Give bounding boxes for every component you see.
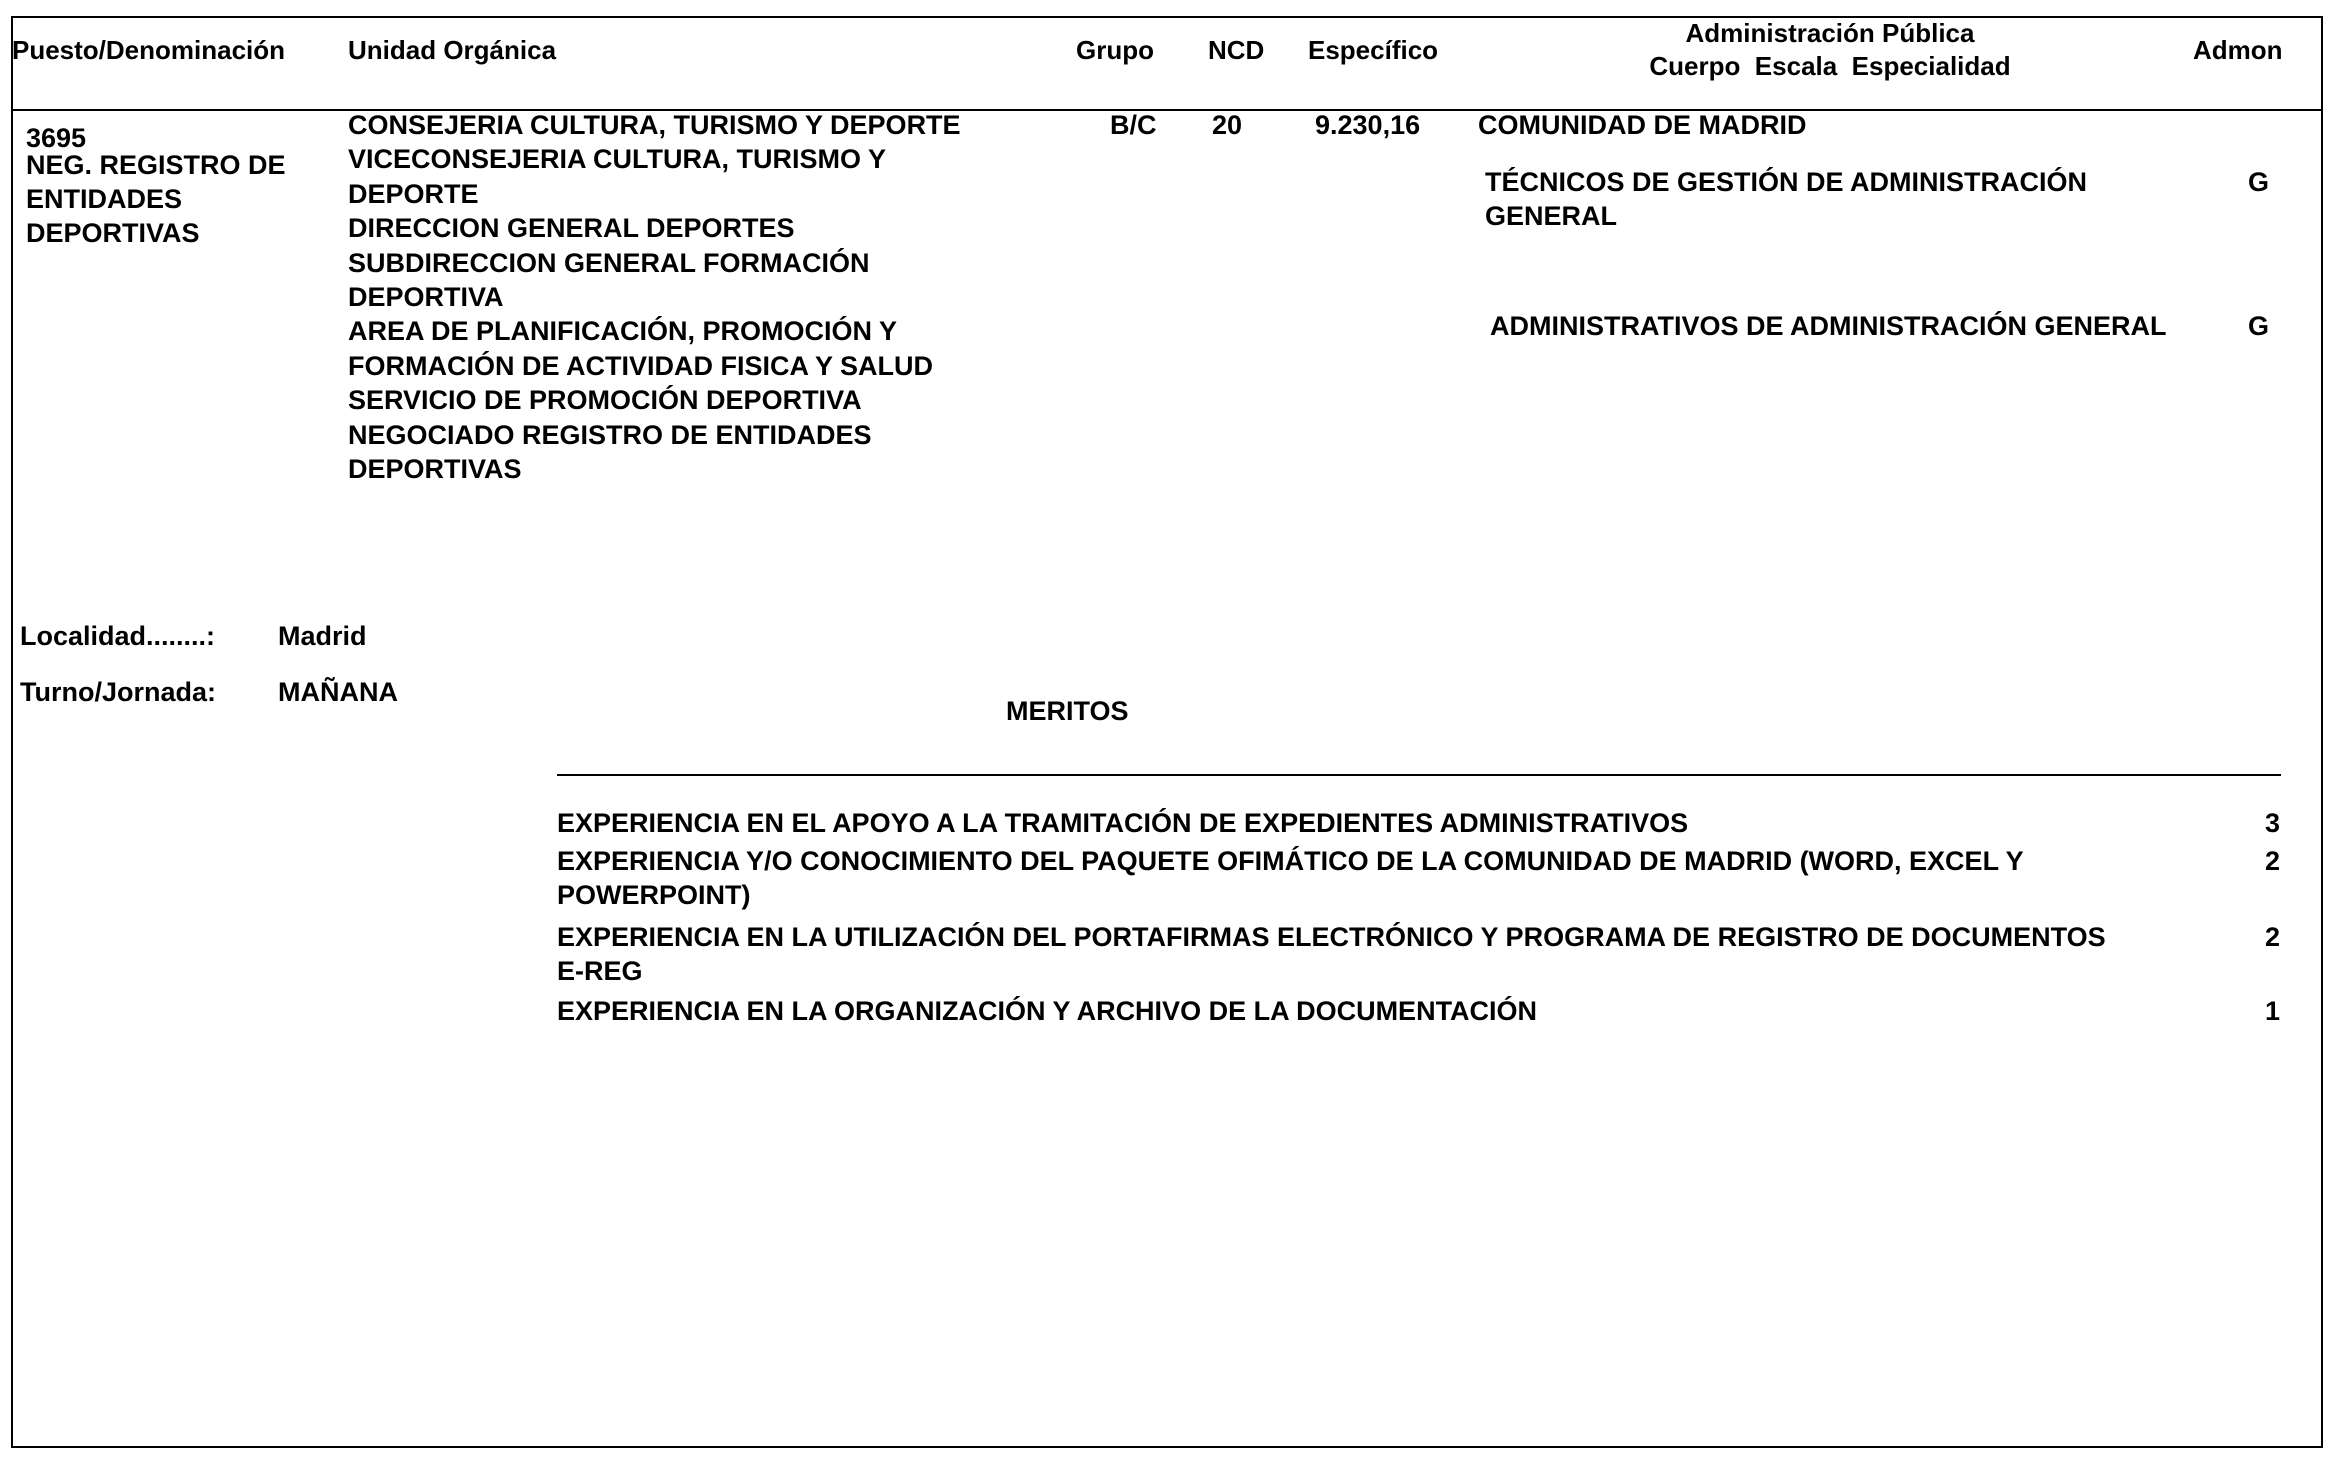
merito-text: EXPERIENCIA EN EL APOYO A LA TRAMITACIÓN… <box>557 806 2117 840</box>
localidad-label: Localidad........: <box>20 619 215 653</box>
merito-points: 2 <box>2240 844 2280 878</box>
unidad-organica-line: VICECONSEJERIA CULTURA, TURISMO Y <box>348 142 886 176</box>
header-especifico: Específico <box>1308 34 1438 66</box>
organismo: COMUNIDAD DE MADRID <box>1478 108 1806 142</box>
puesto-denominacion-3: DEPORTIVAS <box>26 216 200 250</box>
unidad-organica-line: SERVICIO DE PROMOCIÓN DEPORTIVA <box>348 383 862 417</box>
meritos-title: MERITOS <box>1006 694 1129 728</box>
merito-points: 1 <box>2240 994 2280 1028</box>
merito-points: 3 <box>2240 806 2280 840</box>
header-ncd: NCD <box>1208 34 1264 66</box>
unidad-organica-line: DEPORTIVA <box>348 280 504 314</box>
unidad-organica-line: AREA DE PLANIFICACIÓN, PROMOCIÓN Y <box>348 314 897 348</box>
especifico-value: 9.230,16 <box>1315 108 1420 142</box>
merito-text: EXPERIENCIA Y/O CONOCIMIENTO DEL PAQUETE… <box>557 844 2117 912</box>
ncd-value: 20 <box>1212 108 1242 142</box>
merito-text: EXPERIENCIA EN LA UTILIZACIÓN DEL PORTAF… <box>557 920 2117 988</box>
unidad-organica-line: DEPORTE <box>348 177 479 211</box>
unidad-organica-line: DEPORTIVAS <box>348 452 522 486</box>
grupo-value: B/C <box>1110 108 1157 142</box>
puesto-denominacion-1: NEG. REGISTRO DE <box>26 148 286 182</box>
meritos-divider <box>557 774 2281 776</box>
unidad-organica-line: NEGOCIADO REGISTRO DE ENTIDADES <box>348 418 872 452</box>
unidad-organica-line: CONSEJERIA CULTURA, TURISMO Y DEPORTE <box>348 108 961 142</box>
header-puesto: Puesto/Denominación <box>12 34 285 66</box>
cuerpo-2-admon: G <box>2248 309 2269 343</box>
turno-value: MAÑANA <box>278 675 398 709</box>
header-cuerpo-escala: Cuerpo Escala Especialidad <box>1580 50 2080 82</box>
cuerpo-1-line-1: TÉCNICOS DE GESTIÓN DE ADMINISTRACIÓN <box>1485 165 2087 199</box>
unidad-organica-line: SUBDIRECCION GENERAL FORMACIÓN <box>348 246 870 280</box>
puesto-denominacion-2: ENTIDADES <box>26 182 182 216</box>
localidad-value: Madrid <box>278 619 367 653</box>
header-admon: Admon <box>2193 34 2283 66</box>
unidad-organica-line: FORMACIÓN DE ACTIVIDAD FISICA Y SALUD <box>348 349 933 383</box>
cuerpo-2-line-1: ADMINISTRATIVOS DE ADMINISTRACIÓN GENERA… <box>1490 309 2167 343</box>
turno-label: Turno/Jornada: <box>20 675 216 709</box>
header-grupo: Grupo <box>1076 34 1154 66</box>
header-admin-publica: Administración Pública <box>1580 17 2080 49</box>
unidad-organica-line: DIRECCION GENERAL DEPORTES <box>348 211 795 245</box>
cuerpo-1-line-2: GENERAL <box>1485 199 1617 233</box>
header-unidad: Unidad Orgánica <box>348 34 556 66</box>
merito-points: 2 <box>2240 920 2280 954</box>
merito-text: EXPERIENCIA EN LA ORGANIZACIÓN Y ARCHIVO… <box>557 994 2117 1028</box>
cuerpo-1-admon: G <box>2248 165 2269 199</box>
